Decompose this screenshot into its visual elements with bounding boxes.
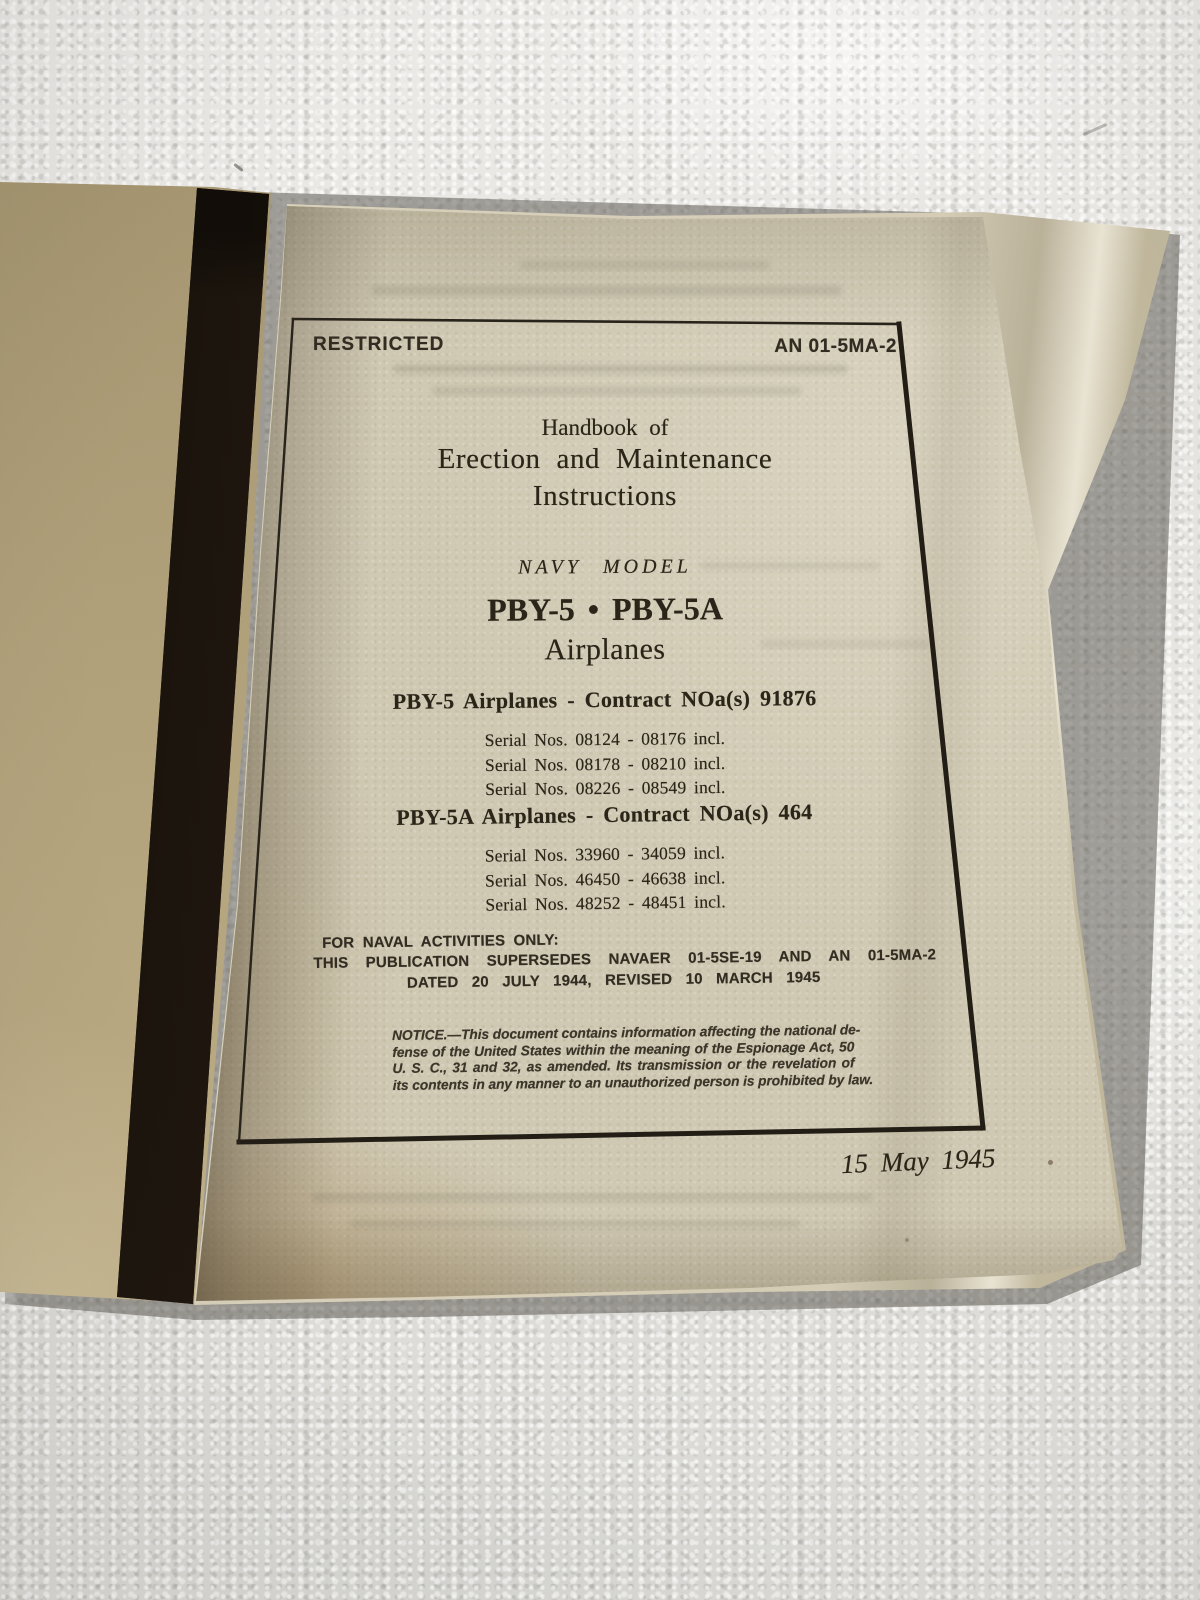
- carpet-speck: [1048, 1160, 1053, 1165]
- model-designations: PBY-5 • PBY-5A: [250, 589, 960, 630]
- ghost-showthrough-line: [372, 286, 842, 295]
- issue-date: 15 May 1945: [840, 1143, 996, 1180]
- carpet-speck: [905, 1238, 909, 1242]
- photo-of-navy-manual: RESTRICTED AN 01-5MA-2 Handbook of Erect…: [0, 0, 1200, 1600]
- ghost-showthrough-line: [520, 261, 770, 269]
- espionage-act-notice: NOTICE.—This document contains informati…: [392, 1022, 855, 1094]
- title-line-3: Instructions: [250, 480, 960, 513]
- ghost-showthrough-line: [393, 365, 848, 373]
- contract-block-pby5a: PBY-5A Airplanes - Contract NOa(s) 464 S…: [249, 796, 961, 920]
- classification-marking: RESTRICTED: [313, 334, 444, 356]
- ghost-showthrough-line: [312, 1193, 872, 1202]
- contract-heading: PBY-5 Airplanes - Contract NOa(s) 91876: [250, 683, 960, 717]
- ghost-showthrough-line: [350, 1220, 800, 1228]
- model-label: NAVY MODEL: [250, 554, 960, 581]
- model-type: Airplanes: [250, 631, 960, 669]
- title-line-2: Erection and Maintenance: [250, 443, 960, 476]
- distribution-statement: FOR NAVAL ACTIVITIES ONLY: THIS PUBLICAT…: [313, 926, 914, 996]
- contract-block-pby5: PBY-5 Airplanes - Contract NOa(s) 91876 …: [250, 683, 961, 804]
- ghost-showthrough-line: [432, 387, 802, 395]
- document-number: AN 01-5MA-2: [697, 336, 897, 358]
- title-line-1: Handbook of: [250, 415, 960, 441]
